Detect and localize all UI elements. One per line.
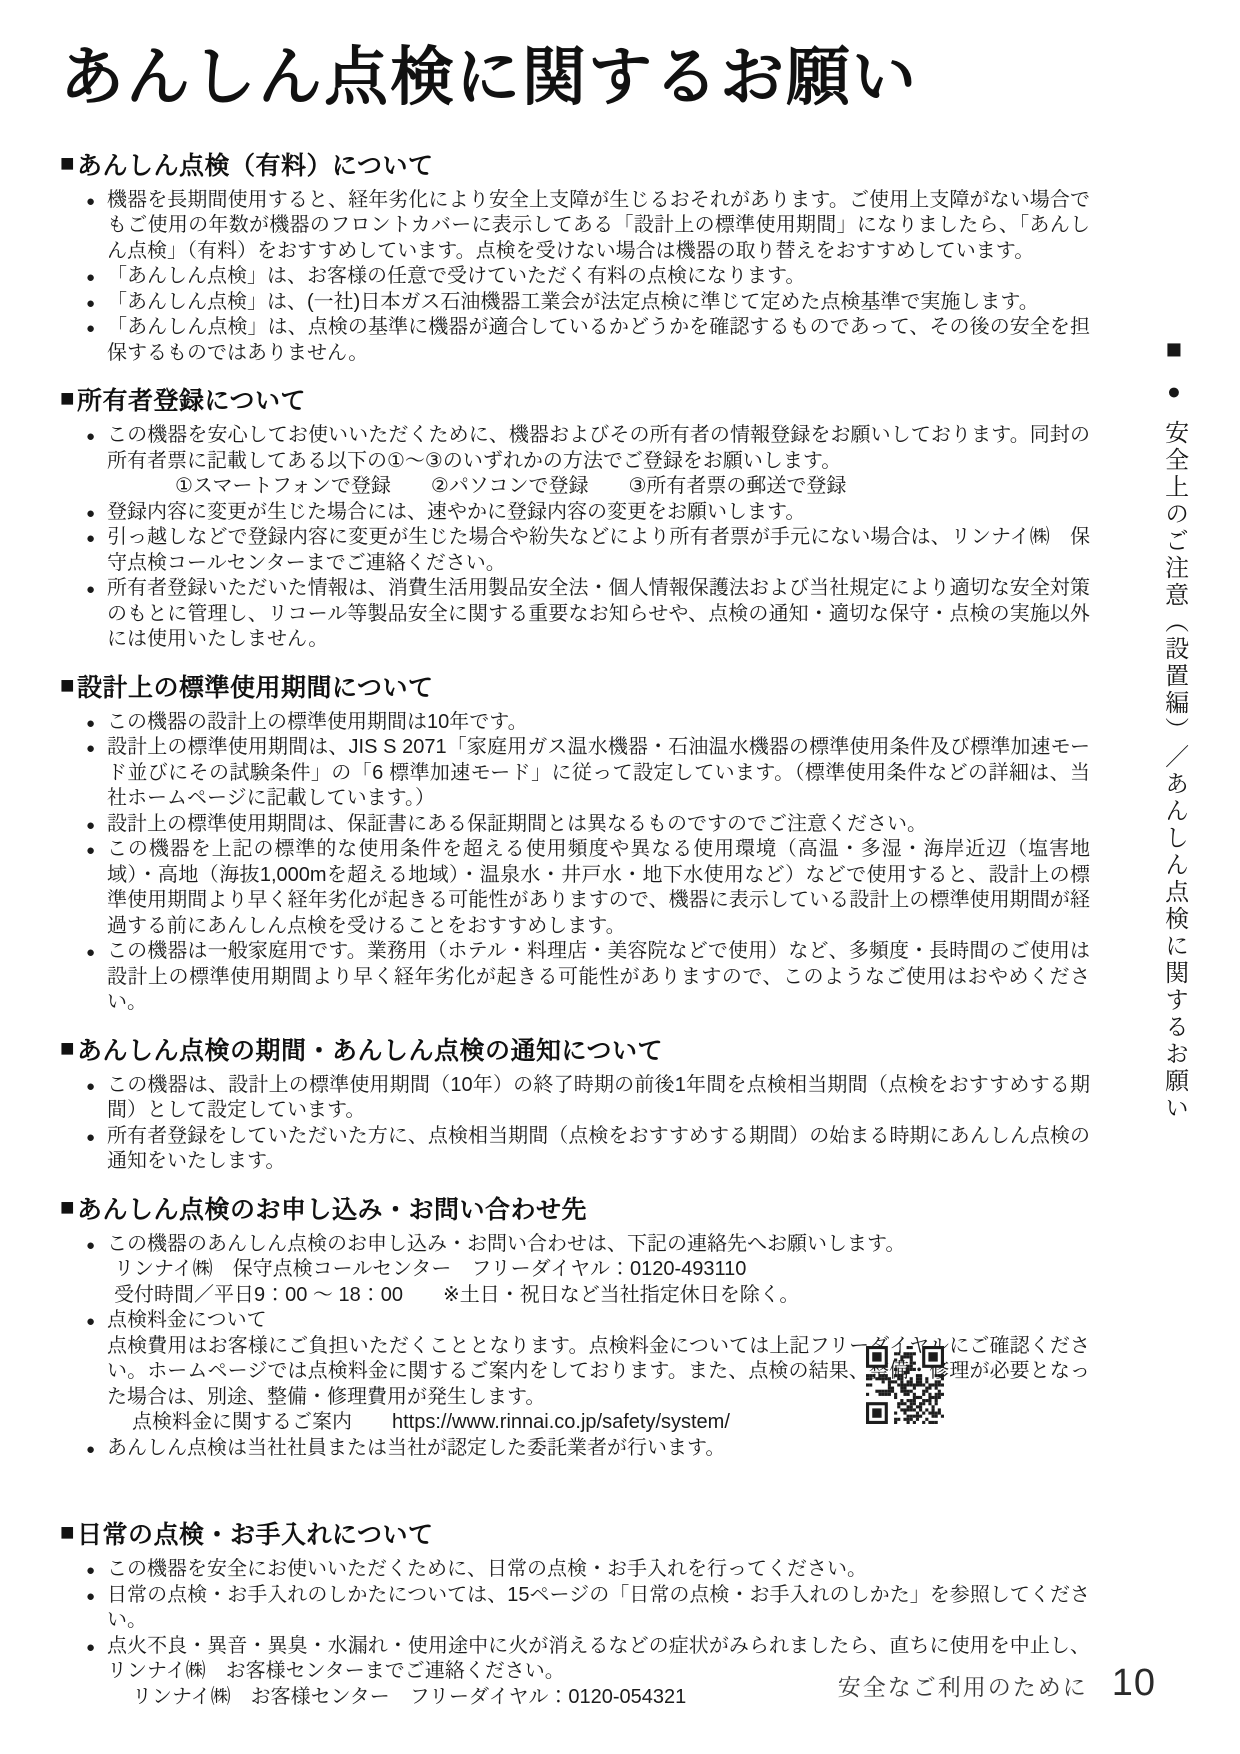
footer-label: 安全なご利用のために: [838, 1669, 1088, 1702]
section-heading: ■日常の点検・お手入れについて: [60, 1515, 1090, 1551]
bullet-icon: ●: [86, 711, 95, 737]
bullet-icon: ●: [86, 189, 95, 215]
bullet-text: 登録内容に変更が生じた場合には、速やかに登録内容の変更をお願いします。: [107, 501, 805, 523]
section-heading-text: 日常の点検・お手入れについて: [77, 1515, 434, 1551]
section-heading: ■あんしん点検の期間・あんしん点検の通知について: [60, 1031, 1090, 1067]
section-heading-text: 設計上の標準使用期間について: [77, 668, 434, 704]
bullet-item: ●「あんしん点検」は、お客様の任意で受けていただく有料の点検になります。: [60, 264, 1090, 290]
circle-marker-icon: ●: [1167, 380, 1181, 403]
bullet-item: ●この機器を上記の標準的な使用条件を超える使用頻度や異なる使用環境（高温・多湿・…: [60, 837, 1090, 939]
bullet-item: ●設計上の標準使用期間は、JIS S 2071「家庭用ガス温水機器・石油温水機器…: [60, 735, 1090, 812]
section-heading-text: あんしん点検のお申し込み・お問い合わせ先: [77, 1190, 587, 1226]
bullet-item: ●日常の点検・お手入れのしかたについては、15ページの「日常の点検・お手入れのし…: [60, 1583, 1090, 1634]
square-marker-icon: ■: [60, 1521, 75, 1545]
side-tab-label: 安全上のご注意（設置編）／あんしん点検に関するお願い: [1161, 420, 1186, 1122]
section-anshin-inspection-paid: ■あんしん点検（有料）について ●機器を長期間使用すると、経年劣化により安全上支…: [60, 146, 1090, 367]
bullet-item: ●この機器のあんしん点検のお申し込み・お問い合わせは、下記の連絡先へお願いします…: [60, 1232, 1090, 1258]
square-marker-icon: ■: [60, 1196, 75, 1220]
qr-code: [866, 1346, 944, 1424]
bullet-icon: ●: [86, 940, 95, 966]
bullet-text: この機器の設計上の標準使用期間は10年です。: [107, 711, 528, 733]
section-heading-text: あんしん点検（有料）について: [77, 146, 434, 182]
bullet-text: 「あんしん点検」は、点検の基準に機器が適合しているかどうかを確認するものであって…: [107, 316, 1090, 364]
bullet-text: 日常の点検・お手入れのしかたについては、15ページの「日常の点検・お手入れのしか…: [107, 1584, 1090, 1632]
bullet-icon: ●: [86, 1584, 95, 1610]
bullet-item: ●機器を長期間使用すると、経年劣化により安全上支障が生じるおそれがあります。ご使…: [60, 188, 1090, 265]
bullet-item: ●この機器の設計上の標準使用期間は10年です。: [60, 710, 1090, 736]
bullet-icon: ●: [86, 838, 95, 864]
section-standard-use-period: ■設計上の標準使用期間について ●この機器の設計上の標準使用期間は10年です。 …: [60, 668, 1090, 1016]
section-owner-registration: ■所有者登録について ●この機器を安心してお使いいただくために、機器およびその所…: [60, 381, 1090, 653]
bullet-item: ●「あんしん点検」は、(一社)日本ガス石油機器工業会が法定点検に準じて定めた点検…: [60, 290, 1090, 316]
bullet-item: ●この機器は、設計上の標準使用期間（10年）の終了時期の前後1年間を点検相当期間…: [60, 1073, 1090, 1124]
bullet-icon: ●: [86, 736, 95, 762]
bullet-text: 「あんしん点検」は、お客様の任意で受けていただく有料の点検になります。: [107, 265, 805, 287]
section-heading-text: あんしん点検の期間・あんしん点検の通知について: [77, 1031, 663, 1067]
section-inspection-period-notice: ■あんしん点検の期間・あんしん点検の通知について ●この機器は、設計上の標準使用…: [60, 1031, 1090, 1175]
bullet-icon: ●: [86, 1558, 95, 1584]
square-marker-icon: ■: [60, 387, 75, 411]
page-footer: 安全なご利用のために 10: [838, 1662, 1156, 1705]
section-heading: ■あんしん点検のお申し込み・お問い合わせ先: [60, 1190, 1090, 1226]
document-body: あんしん点検に関するお願い ■あんしん点検（有料）について ●機器を長期間使用す…: [60, 40, 1090, 1710]
bullet-icon: ●: [86, 291, 95, 317]
section-heading: ■設計上の標準使用期間について: [60, 668, 1090, 704]
bullet-item: ●登録内容に変更が生じた場合には、速やかに登録内容の変更をお願いします。: [60, 500, 1090, 526]
bullet-item: ●引っ越しなどで登録内容に変更が生じた場合や紛失などにより所有者票が手元にない場…: [60, 525, 1090, 576]
bullet-item: ●この機器は一般家庭用です。業務用（ホテル・料理店・美容院などで使用）など、多頻…: [60, 939, 1090, 1016]
bullet-text: 設計上の標準使用期間は、保証書にある保証期間とは異なるものですのでご注意ください…: [107, 813, 927, 835]
bullet-icon: ●: [86, 1309, 95, 1335]
section-heading-text: 所有者登録について: [77, 381, 306, 417]
bullet-icon: ●: [86, 1635, 95, 1661]
bullet-item: ●この機器を安全にお使いいただくために、日常の点検・お手入れを行ってください。: [60, 1557, 1090, 1583]
bullet-text: 点検料金について: [107, 1309, 267, 1331]
bullet-text: この機器は、設計上の標準使用期間（10年）の終了時期の前後1年間を点検相当期間（…: [107, 1074, 1090, 1122]
bullet-icon: ●: [86, 316, 95, 342]
reception-hours-line: 受付時間／平日9：00 ～ 18：00 ※土日・祝日など当社指定休日を除く。: [60, 1283, 1090, 1309]
bullet-icon: ●: [86, 526, 95, 552]
bullet-item: ●設計上の標準使用期間は、保証書にある保証期間とは異なるものですのでご注意くださ…: [60, 812, 1090, 838]
bullet-icon: ●: [86, 1074, 95, 1100]
bullet-text: この機器のあんしん点検のお申し込み・お問い合わせは、下記の連絡先へお願いします。: [107, 1233, 905, 1255]
bullet-item: ●あんしん点検は当社社員または当社が認定した委託業者が行います。: [60, 1436, 1090, 1462]
bullet-text: この機器を安全にお使いいただくために、日常の点検・お手入れを行ってください。: [107, 1558, 867, 1580]
registration-methods-line: ①スマートフォンで登録 ②パソコンで登録 ③所有者票の郵送で登録: [60, 474, 1090, 500]
bullet-icon: ●: [86, 501, 95, 527]
callcenter-contact-line: リンナイ㈱ 保守点検コールセンター フリーダイヤル：0120-493110: [60, 1257, 1090, 1283]
bullet-text: この機器は一般家庭用です。業務用（ホテル・料理店・美容院などで使用）など、多頻度…: [107, 940, 1090, 1013]
bullet-icon: ●: [86, 424, 95, 450]
bullet-item: ●所有者登録いただいた情報は、消費生活用製品安全法・個人情報保護法および当社規定…: [60, 576, 1090, 653]
side-tab: ■ ● 安全上のご注意（設置編）／あんしん点検に関するお願い: [1148, 336, 1200, 1122]
bullet-text: この機器を安心してお使いいただくために、機器およびその所有者の情報登録をお願いし…: [107, 424, 1090, 472]
section-heading: ■あんしん点検（有料）について: [60, 146, 1090, 182]
bullet-icon: ●: [86, 1437, 95, 1463]
page-number: 10: [1112, 1662, 1156, 1705]
bullet-icon: ●: [86, 1125, 95, 1151]
page-title: あんしん点検に関するお願い: [60, 40, 1090, 116]
bullet-icon: ●: [86, 265, 95, 291]
square-marker-icon: ■: [1166, 336, 1182, 363]
bullet-text: あんしん点検は当社社員または当社が認定した委託業者が行います。: [107, 1437, 725, 1459]
square-marker-icon: ■: [60, 1037, 75, 1061]
bullet-text: 所有者登録をしていただいた方に、点検相当期間（点検をおすすめする期間）の始まる時…: [107, 1125, 1090, 1173]
square-marker-icon: ■: [60, 152, 75, 176]
square-marker-icon: ■: [60, 674, 75, 698]
bullet-text: 所有者登録いただいた情報は、消費生活用製品安全法・個人情報保護法および当社規定に…: [107, 577, 1090, 650]
bullet-text: 「あんしん点検」は、(一社)日本ガス石油機器工業会が法定点検に準じて定めた点検基…: [107, 291, 1039, 313]
bullet-item: ●「あんしん点検」は、点検の基準に機器が適合しているかどうかを確認するものであっ…: [60, 315, 1090, 366]
bullet-icon: ●: [86, 577, 95, 603]
bullet-text: この機器を上記の標準的な使用条件を超える使用頻度や異なる使用環境（高温・多湿・海…: [107, 838, 1090, 937]
bullet-item: ●所有者登録をしていただいた方に、点検相当期間（点検をおすすめする期間）の始まる…: [60, 1124, 1090, 1175]
bullet-item: ●点検料金について: [60, 1308, 1090, 1334]
bullet-text: 設計上の標準使用期間は、JIS S 2071「家庭用ガス温水機器・石油温水機器の…: [107, 736, 1090, 809]
bullet-item: ●この機器を安心してお使いいただくために、機器およびその所有者の情報登録をお願い…: [60, 423, 1090, 474]
bullet-icon: ●: [86, 813, 95, 839]
bullet-icon: ●: [86, 1233, 95, 1259]
section-heading: ■所有者登録について: [60, 381, 1090, 417]
bullet-text: 機器を長期間使用すると、経年劣化により安全上支障が生じるおそれがあります。ご使用…: [107, 189, 1090, 262]
bullet-text: 引っ越しなどで登録内容に変更が生じた場合や紛失などにより所有者票が手元にない場合…: [107, 526, 1090, 574]
